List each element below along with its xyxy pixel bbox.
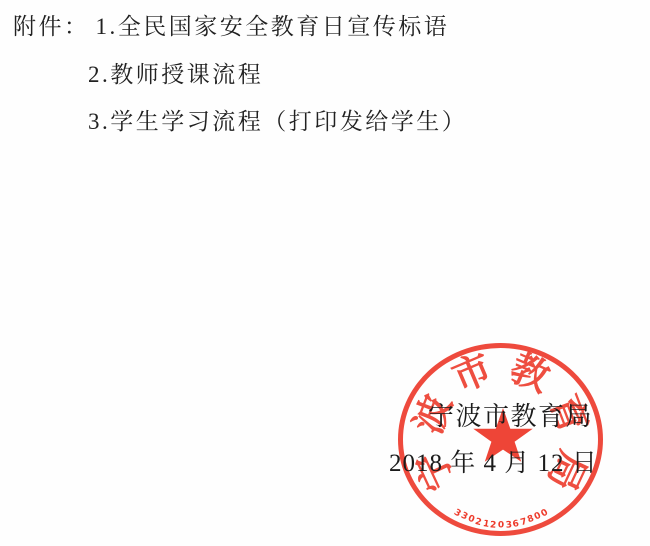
attachment-line-2: 2.教师授课流程 (88, 61, 263, 89)
seal-code-digit: 8 (527, 515, 536, 526)
seal-code-digit: 3 (505, 521, 512, 531)
seal-code-digit: 3 (459, 512, 469, 523)
seal-code-digit: 6 (513, 520, 521, 530)
attachment-item-2: 2.教师授课流程 (88, 62, 263, 87)
scanned-document-page: 附件：1.全民国家安全教育日宣传标语 2.教师授课流程 3.学生学习流程（打印发… (0, 0, 650, 546)
attachment-line-1: 附件：1.全民国家安全教育日宣传标语 (13, 13, 449, 41)
attachment-label: 附件： (13, 14, 90, 39)
seal-arc-char: 教 (505, 348, 555, 398)
seal-code-digit: 0 (466, 515, 475, 526)
seal-code-digit: 0 (534, 512, 544, 523)
seal-code-digit: 3 (452, 508, 462, 519)
seal-code-digit: 7 (520, 518, 528, 528)
attachment-line-3: 3.学生学习流程（打印发给学生） (88, 108, 467, 136)
issuer-name: 宁波市教育局 (428, 396, 593, 433)
issue-date: 2018 年 4 月 12 日 (389, 443, 598, 479)
seal-code-digit: 0 (540, 508, 550, 519)
seal-code-digit: 2 (474, 518, 482, 528)
seal-arc-char: 市 (448, 348, 498, 398)
seal-code-digit: 2 (490, 521, 497, 531)
attachment-item-3: 3.学生学习流程（打印发给学生） (88, 109, 467, 134)
attachment-item-1: 1.全民国家安全教育日宣传标语 (96, 14, 450, 39)
seal-ring (398, 343, 603, 536)
seal-code-digit: 1 (482, 520, 490, 530)
seal-code-digit: 0 (498, 522, 504, 531)
